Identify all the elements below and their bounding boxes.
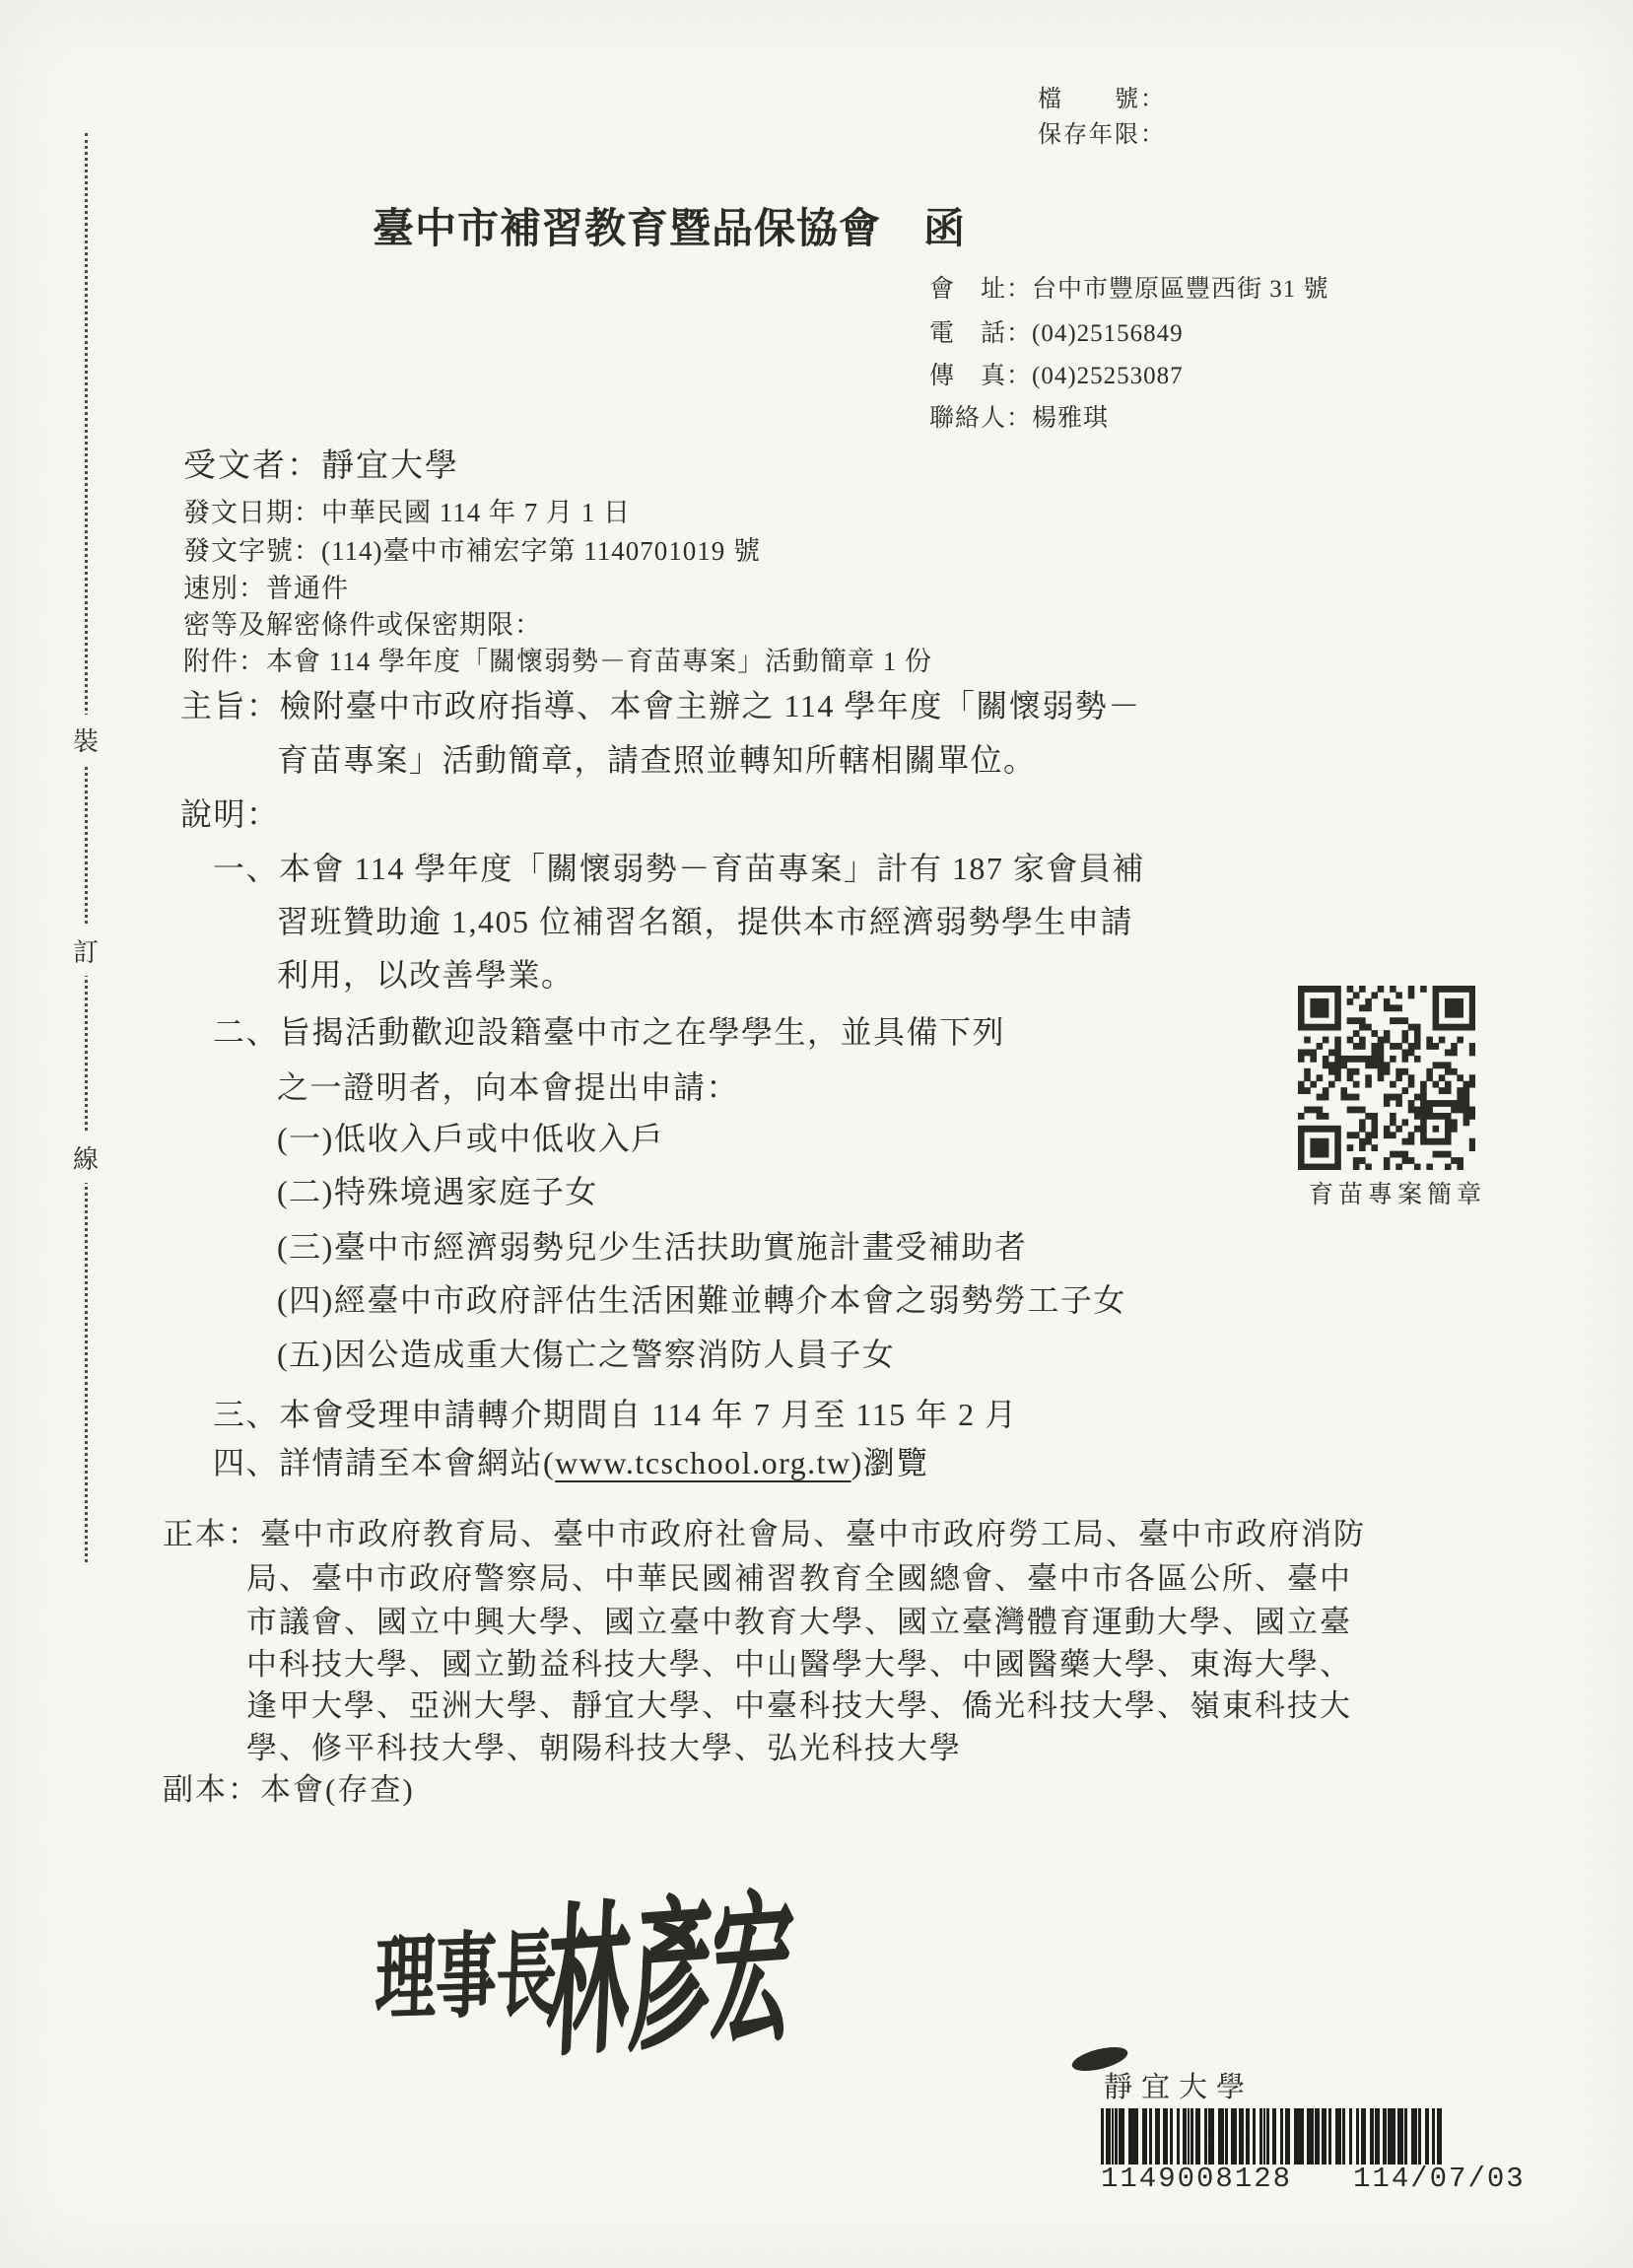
explanation-heading: 說明： [180,794,280,836]
contact-person-value: 楊雅琪 [1032,405,1109,432]
registration-number: 1149008128 [1101,2163,1292,2195]
registration-barcode [1101,2108,1444,2165]
contact-phone: 電 話：(04)25156849 [929,318,1184,351]
binding-char-xian: 線 [70,1133,102,1183]
registration-date: 114/07/03 [1353,2163,1526,2195]
item2-line-1: 二、旨揭活動歡迎設籍臺中市之在學學生，並具備下列 [213,1012,1005,1054]
file-number-label: 檔 號： [1038,85,1166,115]
stamp-recipient-name: 靜宜大學 [1104,2070,1254,2107]
scanned-letter-page: 裝 訂 線 檔 號： 保存年限： 臺中市補習教育暨品保協會 函 會 址：台中市豐… [0,0,1633,2268]
qr-caption: 育苗專案簡章 [1309,1180,1486,1212]
cc-line-4: 中科技大學、國立勤益科技大學、中山醫學大學、中國醫藥大學、東海大學、 [246,1645,1352,1684]
item4-prefix: 四、詳情請至本會網站( [213,1445,555,1480]
contact-person-label: 聯絡人： [929,405,1032,432]
speed-line: 速別：普通件 [183,572,349,606]
item1-line-1: 一、本會 114 學年度「關懷弱勢－育苗專案」計有 187 家會員補 [213,849,1145,890]
cc-line-5: 逢甲大學、亞洲大學、靜宜大學、中臺科技大學、僑光科技大學、嶺東科技大 [246,1686,1352,1726]
document-title: 臺中市補習教育暨品保協會 函 [373,203,966,257]
cc-line-1: 正本：臺中市政府教育局、臺中市政府社會局、臺中市政府勞工局、臺中市政府消防 [163,1515,1366,1554]
subject-line-1: 主旨：檢附臺中市政府指導、本會主辦之 114 學年度「關懷弱勢－ [180,686,1141,727]
item2-sub-2: (二)特殊境遇家庭子女 [277,1172,598,1213]
contact-fax: 傳 真：(04)25253087 [929,361,1184,393]
item4-line: 四、詳情請至本會網站(www.tcschool.org.tw)瀏覽 [213,1443,929,1484]
recipient-line: 受文者：靜宜大學 [183,446,459,488]
chairman-signature: 林彥宏 [543,1864,797,2093]
contact-person: 聯絡人：楊雅琪 [929,403,1109,436]
binding-char-ding: 訂 [70,926,102,976]
subject-line-2: 育苗專案」活動簡章，請查照並轉知所轄相關單位。 [277,740,1037,782]
attachment-line: 附件：本會 114 學年度「關懷弱勢－育苗專案」活動簡章 1 份 [183,645,932,679]
item3-line: 三、本會受理申請轉介期間自 114 年 7 月至 115 年 2 月 [213,1395,1018,1436]
contact-phone-label: 電 話： [929,320,1032,347]
item4-suffix: )瀏覽 [851,1445,929,1480]
cc-line-3: 市議會、國立中興大學、國立臺中教育大學、國立臺灣體育運動大學、國立臺 [246,1603,1352,1642]
item1-line-3: 利用，以改善學業。 [277,955,575,997]
contact-phone-value: (04)25156849 [1032,320,1184,347]
item1-line-2: 習班贊助逾 1,405 位補習名額，提供本市經濟弱勢學生申請 [277,902,1133,943]
contact-address: 會 址：台中市豐原區豐西街 31 號 [929,274,1329,307]
item2-line-2: 之一證明者，向本會提出申請： [277,1067,739,1109]
binding-char-zhuang: 裝 [70,715,102,765]
item2-sub-3: (三)臺中市經濟弱勢兒少生活扶助實施計畫受補助者 [277,1227,1027,1269]
doc-number-line: 發文字號：(114)臺中市補宏字第 1140701019 號 [183,534,761,569]
contact-address-label: 會 址： [929,276,1032,303]
item2-sub-5: (五)因公造成重大傷亡之警察消防人員子女 [277,1335,895,1376]
chairman-title: 理事長 [374,1915,558,2041]
qr-code [1298,986,1475,1170]
contact-address-value: 台中市豐原區豐西街 31 號 [1032,276,1329,303]
retention-period-label: 保存年限： [1038,120,1166,151]
contact-fax-label: 傳 真： [929,363,1032,389]
registration-number-line: 1149008128114/07/03 [1101,2161,1526,2198]
binding-dotted-line [85,133,88,1562]
security-line: 密等及解密條件或保密期限： [183,608,542,643]
item2-sub-4: (四)經臺中市政府評估生活困難並轉介本會之弱勢勞工子女 [277,1280,1126,1322]
contact-fax-value: (04)25253087 [1032,363,1184,389]
copy-to-line: 副本：本會(存查) [163,1770,415,1810]
issue-date-line: 發文日期：中華民國 114 年 7 月 1 日 [183,496,631,530]
cc-line-2: 局、臺中市政府警察局、中華民國補習教育全國總會、臺中市各區公所、臺中 [246,1559,1352,1599]
cc-line-6: 學、修平科技大學、朝陽科技大學、弘光科技大學 [246,1729,962,1768]
item2-sub-1: (一)低收入戶或中低收入戶 [277,1119,664,1160]
website-url: www.tcschool.org.tw [555,1445,851,1480]
